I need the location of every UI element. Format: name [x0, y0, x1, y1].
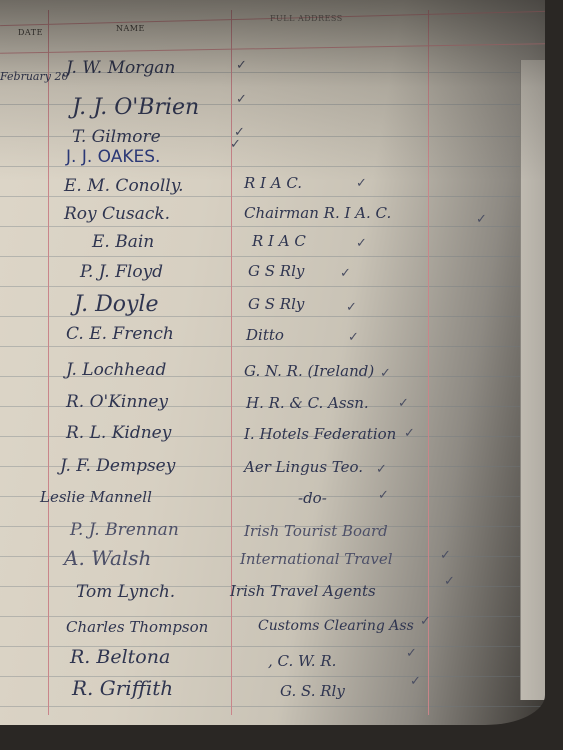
entry-name: Leslie Mannell: [40, 488, 152, 506]
entry-name: C. E. French: [66, 324, 174, 344]
checkmark-icon: ✓: [376, 462, 387, 477]
date-column-divider: [48, 10, 49, 715]
header-bottom-line: [0, 43, 545, 54]
entry-name: P. J. Brennan: [70, 520, 179, 540]
entry-address: G. N. R. (Ireland): [244, 362, 374, 380]
entry-name: R. O'Kinney: [66, 392, 168, 412]
entry-address: -do-: [298, 489, 327, 507]
entry-name: Tom Lynch.: [76, 582, 175, 602]
entry-address: G S Rly: [248, 295, 304, 313]
checkmark-icon: ✓: [356, 236, 367, 251]
entry-address: Aer Lingus Teo.: [244, 458, 363, 476]
entry-address: G S Rly: [248, 262, 304, 280]
entry-address: Irish Travel Agents: [230, 582, 376, 600]
entry-name: J. Doyle: [74, 292, 158, 317]
checkmark-icon: ✓: [348, 330, 359, 345]
checkmark-icon: ✓: [404, 426, 415, 441]
checkmark-icon: ✓: [236, 92, 247, 107]
entry-address: Irish Tourist Board: [244, 522, 388, 540]
entry-name: R. Beltona: [70, 646, 170, 668]
entry-address: International Travel: [240, 550, 393, 568]
checkmark-icon: ✓: [340, 266, 351, 281]
date-header: DATE: [18, 28, 43, 37]
entry-address: Customs Clearing Ass: [258, 618, 414, 634]
entry-address: Chairman R. I A. C.: [244, 204, 391, 222]
entry-address: G. S. Rly: [280, 682, 345, 700]
checkmark-icon: ✓: [398, 396, 409, 411]
checkmark-icon: ✓: [236, 58, 247, 73]
entry-name: P. J. Floyd: [80, 262, 163, 282]
entry-name: J. F. Dempsey: [60, 456, 175, 476]
name-header: NAME: [116, 24, 145, 33]
entry-address: R I A C.: [244, 174, 302, 192]
entry-name: J. Lochhead: [66, 360, 166, 380]
entry-address: , C. W. R.: [268, 652, 336, 670]
date-entry: February 20: [0, 70, 68, 83]
checkmark-icon: ✓: [410, 674, 421, 689]
entry-address: Ditto: [246, 326, 284, 344]
ledger-page: DATE NAME FULL ADDRESS February 20 J. W.…: [0, 0, 545, 725]
checkmark-icon: ✓: [444, 574, 455, 589]
address-column-divider: [428, 10, 429, 715]
entry-name: E. M. Conolly.: [64, 176, 183, 196]
entry-name: J. J. OAKES.: [66, 147, 160, 167]
entry-name: Roy Cusack.: [64, 204, 170, 224]
checkmark-icon: ✓: [356, 176, 367, 191]
entry-name: Charles Thompson: [66, 618, 208, 636]
entry-name: J. J. O'Brien: [72, 95, 199, 120]
checkmark-icon: ✓: [346, 300, 357, 315]
entry-name: J. W. Morgan: [66, 58, 175, 78]
entry-address: R I A C: [252, 232, 306, 250]
checkmark-icon: ✓: [420, 614, 431, 629]
next-page-edge: [520, 60, 545, 700]
checkmark-icon: ✓: [378, 488, 389, 503]
entry-name: A. Walsh: [64, 546, 151, 570]
checkmark-icon: ✓: [380, 366, 391, 381]
entry-name: R. Griffith: [72, 676, 173, 700]
checkmark-icon: ✓: [230, 137, 241, 152]
address-header: FULL ADDRESS: [270, 14, 343, 23]
entry-address: I. Hotels Federation: [244, 425, 396, 443]
entry-name: T. Gilmore: [72, 127, 161, 147]
entry-name: E. Bain: [92, 232, 154, 252]
entry-name: R. L. Kidney: [66, 423, 171, 443]
checkmark-icon: ✓: [440, 548, 451, 563]
entry-address: H. R. & C. Assn.: [246, 394, 369, 412]
checkmark-icon: ✓: [476, 212, 487, 227]
checkmark-icon: ✓: [406, 646, 417, 661]
name-column-divider: [231, 10, 232, 715]
